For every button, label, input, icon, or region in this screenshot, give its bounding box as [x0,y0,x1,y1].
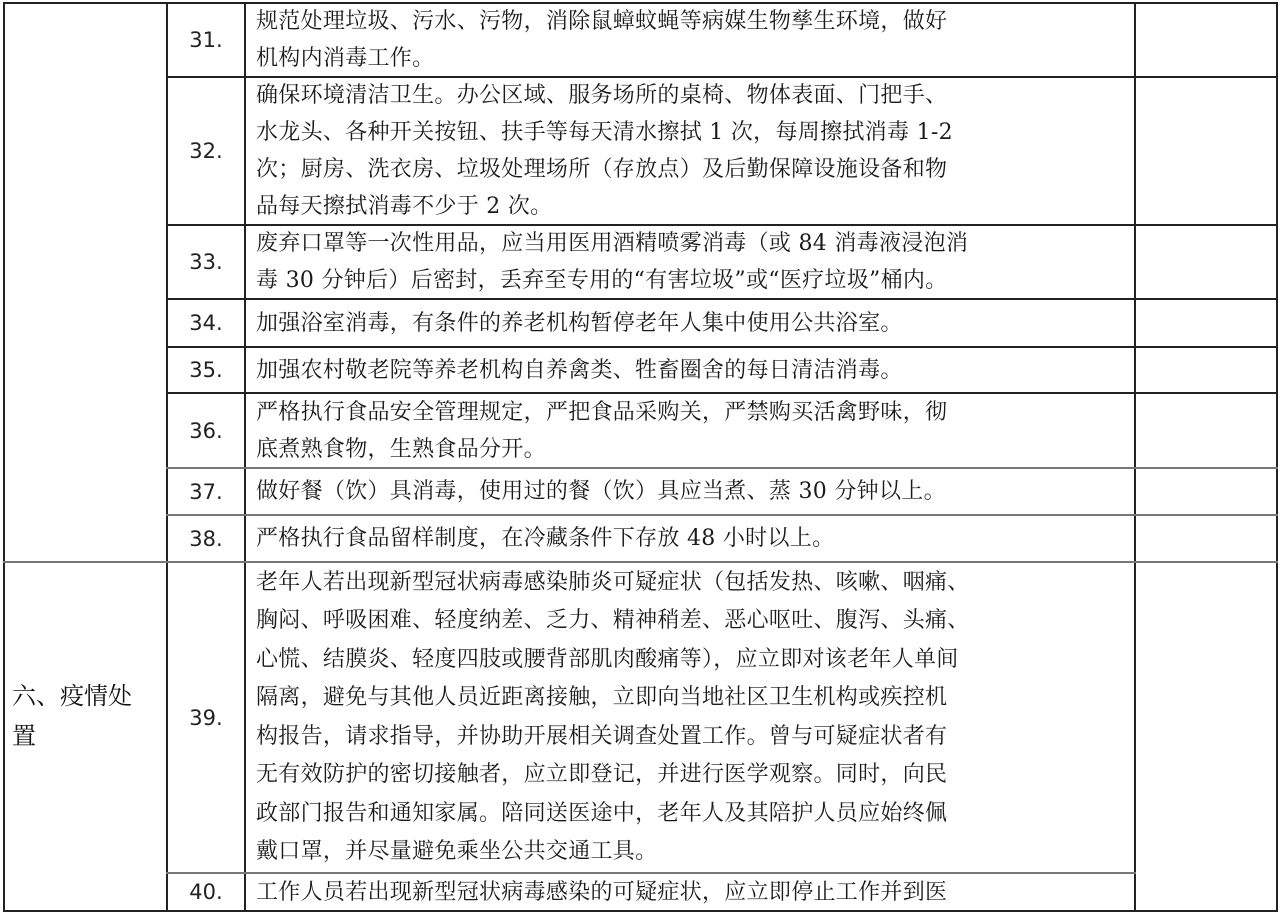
item-number: 36. [167,394,245,467]
item-text: 加强农村敬老院等养老机构自养禽类、牲畜圈舍的每日清洁消毒。 [256,348,1128,392]
item-number: 31. [167,4,245,76]
text-line: 老年人若出现新型冠状病毒感染肺炎可疑症状（包括发热、咳嗽、咽痛、 [256,564,1128,603]
text-line: 品每天擦拭消毒不少于 2 次。 [256,188,1128,225]
table-border-left [3,2,5,912]
text-line: 无有效防护的密切接触者，应立即登记，并进行医学观察。同时，向民 [256,756,1128,795]
text-line: 严格执行食品留样制度，在冷藏条件下存放 48 小时以上。 [256,520,1128,557]
text-line: 水龙头、各种开关按钮、扶手等每天清水擦拭 1 次，每周擦拭消毒 1-2 [256,114,1128,151]
text-line: 规范处理垃圾、污水、污物，消除鼠蟑蚊蝇等病媒生物孳生环境，做好 [256,3,1128,40]
text-line: 胸闷、呼吸困难、轻度纳差、乏力、精神稍差、恶心呕吐、腹泻、头痛、 [256,602,1128,641]
section-label-line1: 六、疫情处 [12,676,162,716]
item-text: 加强浴室消毒，有条件的养老机构暂停老年人集中使用公共浴室。 [256,300,1128,346]
text-line: 毒 30 分钟后）后密封，丢弃至专用的“有害垃圾”或“医疗垃圾”桶内。 [256,262,1128,299]
text-line: 加强浴室消毒，有条件的养老机构暂停老年人集中使用公共浴室。 [256,305,1128,342]
text-line: 确保环境清洁卫生。办公区域、服务场所的桌椅、物体表面、门把手、 [256,77,1128,114]
text-line: 政部门报告和通知家属。陪同送医途中，老年人及其陪护人员应始终佩 [256,795,1128,834]
text-line: 机构内消毒工作。 [256,40,1128,77]
text-line: 隔离，避免与其他人员近距离接触，立即向当地社区卫生机构或疾控机 [256,679,1128,718]
item-text: 规范处理垃圾、污水、污物，消除鼠蟑蚊蝇等病媒生物孳生环境，做好 机构内消毒工作。 [256,4,1128,76]
item-number: 33. [167,226,245,298]
item-number: 34. [167,300,245,346]
item-text: 严格执行食品留样制度，在冷藏条件下存放 48 小时以上。 [256,516,1128,561]
section-label-line2: 置 [12,716,162,756]
text-line: 戴口罩，并尽量避免乘坐公共交通工具。 [256,833,1128,872]
item-text: 确保环境清洁卫生。办公区域、服务场所的桌椅、物体表面、门把手、 水龙头、各种开关… [256,78,1128,224]
text-line: 加强农村敬老院等养老机构自养禽类、牲畜圈舍的每日清洁消毒。 [256,352,1128,389]
item-number: 32. [167,78,245,224]
text-line: 严格执行食品安全管理规定，严把食品采购关，严禁购买活禽野味，彻 [256,394,1128,431]
section-label: 六、疫情处 置 [12,676,162,756]
text-line: 底煮熟食物，生熟食品分开。 [256,431,1128,468]
col-divider-remarks [1134,2,1136,912]
text-line: 构报告，请求指导，并协助开展相关调查处置工作。曾与可疑症状者有 [256,718,1128,757]
item-text: 废弃口罩等一次性用品，应当用医用酒精喷雾消毒（或 84 消毒液浸泡消 毒 30 … [256,226,1128,298]
item-text: 严格执行食品安全管理规定，严把食品采购关，严禁购买活禽野味，彻 底煮熟食物，生熟… [256,394,1128,467]
item-text: 老年人若出现新型冠状病毒感染肺炎可疑症状（包括发热、咳嗽、咽痛、 胸闷、呼吸困难… [256,563,1128,872]
item-text: 工作人员若出现新型冠状病毒感染的可疑症状，应立即停止工作并到医 [256,874,1128,910]
item-number: 37. [167,469,245,514]
table-border-right [1276,2,1278,912]
item-number: 38. [167,516,245,561]
item-text: 做好餐（饮）具消毒，使用过的餐（饮）具应当煮、蒸 30 分钟以上。 [256,469,1128,514]
item-number: 39. [167,563,245,872]
item-number: 35. [167,348,245,392]
text-line: 工作人员若出现新型冠状病毒感染的可疑症状，应立即停止工作并到医 [256,874,1128,911]
item-number: 40. [167,874,245,910]
text-line: 废弃口罩等一次性用品，应当用医用酒精喷雾消毒（或 84 消毒液浸泡消 [256,225,1128,262]
text-line: 次；厨房、洗衣房、垃圾处理场所（存放点）及后勤保障设施设备和物 [256,151,1128,188]
text-line: 心慌、结膜炎、轻度四肢或腰背部肌肉酸痛等），应立即对该老年人单间 [256,641,1128,680]
text-line: 做好餐（饮）具消毒，使用过的餐（饮）具应当煮、蒸 30 分钟以上。 [256,473,1128,510]
